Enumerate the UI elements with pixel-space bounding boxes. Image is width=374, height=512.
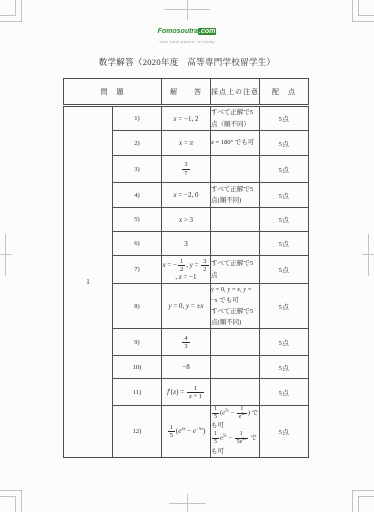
subquestion-number-cell: 8) bbox=[113, 284, 162, 329]
answer-cell: 37 bbox=[162, 156, 211, 183]
points-cell: 5点 bbox=[260, 379, 309, 406]
grading-note-cell: 15(e5x − 1e5x) でも可15e5x − 15e5x でも可 bbox=[211, 406, 260, 457]
crop-mark-left-center-cross bbox=[0, 254, 12, 255]
answer-table: 問 題 解 答 採点上の注意 配 点 11)x = −1, 2すべて正解で5点（… bbox=[63, 78, 309, 458]
points-cell: 5点 bbox=[260, 256, 309, 284]
subquestion-number-cell: 4) bbox=[113, 183, 162, 208]
points-cell: 5点 bbox=[260, 232, 309, 256]
crop-mark-bottom-right-inner bbox=[352, 490, 374, 512]
header-answer: 解 答 bbox=[162, 79, 211, 106]
answer-table-body: 11)x = −1, 2すべて正解で5点（順不同）5点2)x = πx = 18… bbox=[64, 106, 309, 458]
logo-name: Fomosoutra bbox=[158, 28, 198, 35]
grading-note-cell: x = 180° でも可 bbox=[211, 131, 260, 156]
answer-cell: 3 bbox=[162, 232, 211, 256]
points-cell: 5点 bbox=[260, 131, 309, 156]
answer-table-head: 問 題 解 答 採点上の注意 配 点 bbox=[64, 79, 309, 106]
crop-mark-bottom-left-inner bbox=[0, 490, 22, 512]
grading-note-cell: y = 0, y = x, y = −x でも可すべて正解で5点(順不同) bbox=[211, 284, 260, 329]
answer-cell: −8 bbox=[162, 356, 211, 379]
points-cell: 5点 bbox=[260, 356, 309, 379]
answer-cell: f′(x) = 1x + 1 bbox=[162, 379, 211, 406]
page-title: 数学解答（2020年度 高等専門学校留学生） bbox=[0, 56, 374, 68]
subquestion-number-cell: 11) bbox=[113, 379, 162, 406]
grading-note-cell bbox=[211, 156, 260, 183]
problem-number-cell: 1 bbox=[64, 106, 113, 458]
subquestion-number-cell: 7) bbox=[113, 256, 162, 284]
subquestion-number-cell: 2) bbox=[113, 131, 162, 156]
grading-note-cell: すべて正解で5点(順不同) bbox=[211, 183, 260, 208]
answer-cell: x = −1, 2 bbox=[162, 106, 211, 131]
header-row: 問 題 解 答 採点上の注意 配 点 bbox=[64, 79, 309, 106]
subquestion-number-cell: 6) bbox=[113, 232, 162, 256]
grading-note-cell: すべて正解で5点（順不同） bbox=[211, 106, 260, 131]
answer-cell: 15(e5x − e−5x) bbox=[162, 406, 211, 457]
header-points: 配 点 bbox=[260, 79, 309, 106]
grading-note-cell bbox=[211, 329, 260, 356]
subquestion-number-cell: 12) bbox=[113, 406, 162, 457]
points-cell: 5点 bbox=[260, 208, 309, 232]
crop-mark-right-center-cross bbox=[362, 254, 374, 255]
header-problem: 問 題 bbox=[64, 79, 162, 106]
logo-wordmark: Fomosoutra.com bbox=[158, 28, 217, 35]
grading-note-cell bbox=[211, 232, 260, 256]
subquestion-number-cell: 9) bbox=[113, 329, 162, 356]
answer-cell: x = −2, 0 bbox=[162, 183, 211, 208]
crop-mark-right-center-cross bbox=[368, 234, 369, 276]
crop-mark-bottom-center-cross bbox=[187, 494, 188, 512]
points-cell: 5点 bbox=[260, 284, 309, 329]
crop-mark-top-center-cross bbox=[187, 0, 188, 20]
subquestion-number-cell: 3) bbox=[113, 156, 162, 183]
watermark-logo: Fomosoutra.com Your best partner in stud… bbox=[0, 19, 374, 44]
answer-cell: x > 3 bbox=[162, 208, 211, 232]
subquestion-number-cell: 1) bbox=[113, 106, 162, 131]
answer-cell: x = −12, y = 32, z = −1 bbox=[162, 256, 211, 284]
subquestion-number-cell: 10) bbox=[113, 356, 162, 379]
answer-cell: x = π bbox=[162, 131, 211, 156]
subquestion-number-cell: 5) bbox=[113, 208, 162, 232]
logo-tld-badge: .com bbox=[198, 28, 216, 35]
grading-note-cell bbox=[211, 208, 260, 232]
grading-note-cell: すべて正解で5点 bbox=[211, 256, 260, 284]
points-cell: 5点 bbox=[260, 156, 309, 183]
scanned-answer-sheet-page: Fomosoutra.com Your best partner in stud… bbox=[0, 0, 374, 512]
grading-note-cell bbox=[211, 356, 260, 379]
points-cell: 5点 bbox=[260, 329, 309, 356]
table-row: 11)x = −1, 2すべて正解で5点（順不同）5点 bbox=[64, 106, 309, 131]
answer-cell: 43 bbox=[162, 329, 211, 356]
points-cell: 5点 bbox=[260, 106, 309, 131]
header-notes: 採点上の注意 bbox=[211, 79, 260, 106]
points-cell: 5点 bbox=[260, 183, 309, 208]
logo-tagline: Your best partner in study bbox=[0, 39, 374, 44]
crop-mark-left-center-cross bbox=[5, 234, 6, 276]
points-cell: 5点 bbox=[260, 406, 309, 457]
grading-note-cell bbox=[211, 379, 260, 406]
answer-cell: y = 0, y = ±x bbox=[162, 284, 211, 329]
